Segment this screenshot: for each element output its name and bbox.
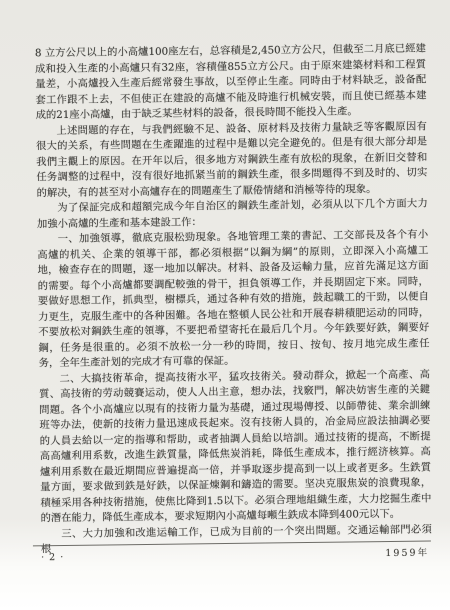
paragraph-section-1: 一、加強領導，徹底克服松勁現象。各地管理工業的書記、工交部長及各个有小高爐的机关…	[37, 228, 430, 372]
scanned-sheet: 8 立方公尺以上的小高爐100座左右，总容積是2,450立方公尺，但截至二月底已…	[0, 0, 450, 610]
paragraph-continuation: 8 立方公尺以上的小高爐100座左右，总容積是2,450立方公尺，但截至二月底已…	[35, 42, 427, 124]
paragraph-section-2: 二、大搞技術革命，提高技術水平，猛攻技術关。發动群众，掀起一个高產、高質、高技術…	[39, 367, 432, 527]
body-text: 8 立方公尺以上的小高爐100座左右，总容積是2,450立方公尺，但截至二月底已…	[35, 42, 432, 558]
page-number: · 2 ·	[41, 552, 64, 563]
year-label: 1959年	[385, 545, 429, 560]
page-footer: · 2 · 1959年	[33, 541, 431, 564]
paragraph-problems: 上述問題的存在，与我們經驗不足、設备、原材料及技術力量缺乏等客觀原因有很大的关系…	[36, 119, 428, 201]
document-page: 8 立方公尺以上的小高爐100座左右，总容積是2,450立方公尺，但截至二月底已…	[0, 0, 450, 610]
paragraph-plan-intro: 为了保証完成和超額完成今年自治区的鋼鉄生產計划，必須从以下几个方面大力加強小高爐…	[37, 197, 428, 233]
